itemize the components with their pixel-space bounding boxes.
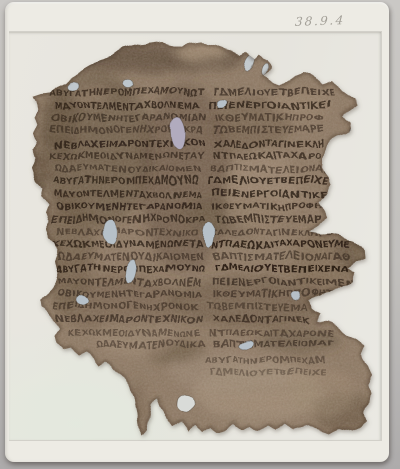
svg-text:ΙΚΘΕΥΜΑΤΙΚΗΠΡΟΦ: ΙΚΘΕΥΜΑΤΙΚΗΠΡΟΦ [215,112,323,124]
svg-text:ΧΑΛΕΔΟΝΤΑΓΙΝΕΚΛΗ: ΧΑΛΕΔΟΝΤΑΓΙΝΕΚΛΗ [214,139,324,150]
svg-text:ΚΕΧΩΚΜΕΟΙΔΥΝΑΜΕΝΩΝΕΤΑΥ: ΚΕΧΩΚΜΕΟΙΔΥΝΑΜΕΝΩΝΕΤΑΥ [49,152,204,162]
svg-text:ΒΑΠΤΙΣΜΑΤΕΛΕΙΟΝΑΓ: ΒΑΠΤΙΣΜΑΤΕΛΕΙΟΝΑΓ [214,340,333,350]
photograph: 38.9.4 [0,0,400,469]
svg-text:ΝΤΠΑΕΩΚΑΙΤΑΧΑΡΟ: ΝΤΠΑΕΩΚΑΙΤΑΧΑΡΟ [213,152,322,162]
svg-text:ΤΩΒΕΜΠΙΣΤΕΥΕΜΑΡ: ΤΩΒΕΜΠΙΣΤΕΥΕΜΑΡ [215,214,322,225]
svg-text:ΤΩΒΕΜΠΙΣΤΕΥΕΜΑ: ΤΩΒΕΜΠΙΣΤΕΥΕΜΑ [207,301,309,313]
svg-text:ΓΔΜΕΛΙΟΥΕΤΒΕΠΕΙΧΕ: ΓΔΜΕΛΙΟΥΕΤΒΕΠΕΙΧΕ [213,88,335,98]
svg-text:ΜΑΥΟΝΤΕΛΜΕΝΤΑΧΒΟΛΝΕΜΑ: ΜΑΥΟΝΤΕΛΜΕΝΤΑΧΒΟΛΝΕΜΑ [53,101,199,112]
svg-text:ΝΤΠΑΕΩΚΑΙΤΑΧΑΡΟΝΕΥΜΕ: ΝΤΠΑΕΩΚΑΙΤΑΧΑΡΟΝΕΥΜΕ [212,239,351,251]
svg-text:ΓΔΜΕΛΙΟΥΕΤΒΕΠΕΙΧΕΝΑ: ΓΔΜΕΛΙΟΥΕΤΒΕΠΕΙΧΕΝΑ [213,263,349,274]
svg-text:ΝΕΒΛΑΧΕΙΜΑΡΟΝΤΕΧΝΙΚΟ: ΝΕΒΛΑΧΕΙΜΑΡΟΝΤΕΧΝΙΚΟ [56,227,200,239]
svg-text:ΓΔΜΕΛΙΟΥΕΤΒΕΠΕΙΧΕ: ΓΔΜΕΛΙΟΥΕΤΒΕΠΕΙΧΕ [209,367,327,377]
svg-text:ΩΔΑΕΥΜΑΤΕΝΟΥΔΙΚΑΙΟΜΕΝ: ΩΔΑΕΥΜΑΤΕΝΟΥΔΙΚΑΙΟΜΕΝ [53,164,201,176]
svg-text:ΑΒΥΓΑΤΗΝΕΡΟΜΠΕΧΑΜ: ΑΒΥΓΑΤΗΝΕΡΟΜΠΕΧΑΜ [204,355,324,365]
svg-text:ΑΒΥΓΑΤΗΝΕΡΟΜΠΕΧΑΜΟΥΝΩ: ΑΒΥΓΑΤΗΝΕΡΟΜΠΕΧΑΜΟΥΝΩ [53,175,199,186]
svg-text:ΓΔΜΕΛΙΟΥΕΤΒΕΠΕΙΧΕ: ΓΔΜΕΛΙΟΥΕΤΒΕΠΕΙΧΕ [207,176,329,187]
svg-text:ΙΚΘΕΥΜΑΤΙΚΗΠΡΟΦΗ: ΙΚΘΕΥΜΑΤΙΚΗΠΡΟΦΗ [211,203,322,213]
svg-text:ΕΠΕΙΔΗΜΟΝΟΓΕΝΗΧΡΟΝΟΚΡΑ: ΕΠΕΙΔΗΜΟΝΟΓΕΝΗΧΡΟΝΟΚΡΑ [52,214,206,225]
svg-text:ΠΕΙΕΝΕΡΓΟΙΑΝΤΙΚΕΙΜΕΝ: ΠΕΙΕΝΕΡΓΟΙΑΝΤΙΚΕΙΜΕΝ [211,278,353,289]
svg-text:ΠΕΙΕΝΕΡΓΟΙΑΝΤΙΚΕ: ΠΕΙΕΝΕΡΓΟΙΑΝΤΙΚΕ [211,189,328,201]
fragment-body: ΑΒΥΓΑΤΗΝΕΡΟΜΠΕΧΑΜΟΥΝΩΤΓΔΜΕΛΙΟΥΕΤΒΕΠΕΙΧΕΜ… [25,30,380,445]
svg-text:ΝΤΠΑΕΩΚΑΙΤΑΧΑΡΟΝΕ: ΝΤΠΑΕΩΚΑΙΤΑΧΑΡΟΝΕ [210,329,332,339]
svg-text:ΒΑΠΤΙΣΜΑΤΕΛΕΙΟΝΑΓΑΘ: ΒΑΠΤΙΣΜΑΤΕΛΕΙΟΝΑΓΑΘ [214,252,351,263]
svg-text:ΜΑΥΟΝΤΕΛΜΕΝΤΑΧΒΟΛΝΕΜΑ: ΜΑΥΟΝΤΕΛΜΕΝΤΑΧΒΟΛΝΕΜΑ [54,188,203,201]
svg-text:ΩΔΑΕΥΜΑΤΕΝΟΥΔΙΚΑ: ΩΔΑΕΥΜΑΤΕΝΟΥΔΙΚΑ [94,340,204,350]
svg-text:ΟΒΙΚΟΥΜΕΝΗΤΕΓΑΡΑΝΟΜΙΑ: ΟΒΙΚΟΥΜΕΝΗΤΕΓΑΡΑΝΟΜΙΑ [55,203,203,213]
papyrus-fragment: ΑΒΥΓΑΤΗΝΕΡΟΜΠΕΧΑΜΟΥΝΩΤΓΔΜΕΛΙΟΥΕΤΒΕΠΕΙΧΕΜ… [0,0,400,469]
svg-text:ΧΑΛΕΔΟΝΤΑΓΙΝΕΚΛΗΡΟΝΟ: ΧΑΛΕΔΟΝΤΑΓΙΝΕΚΛΗΡΟΝΟ [209,227,349,238]
svg-text:ΒΑΠΤΙΣΜΑΤΕΛΕΙΟΝΑΓ: ΒΑΠΤΙΣΜΑΤΕΛΕΙΟΝΑΓ [210,164,330,175]
svg-text:ΝΕΒΛΑΧΕΙΜΑΡΟΝΤΕΧΝΙΚΟΝ: ΝΕΒΛΑΧΕΙΜΑΡΟΝΤΕΧΝΙΚΟΝ [55,314,203,325]
svg-text:ΕΠΕΙΔΗΜΟΝΟΓΕΝΗΧΡΟΝΟΚ: ΕΠΕΙΔΗΜΟΝΟΓΕΝΗΧΡΟΝΟΚ [53,301,199,314]
svg-text:ΧΑΛΕΔΟΝΤΑΓΙΝΕΚ: ΧΑΛΕΔΟΝΤΑΓΙΝΕΚ [213,315,311,326]
svg-text:ΤΩΒΕΜΠΙΣΤΕΥΕΜΑΡΕ: ΤΩΒΕΜΠΙΣΤΕΥΕΜΑΡΕ [213,125,324,136]
svg-text:ΚΕΧΩΚΜΕΟΙΔΥΝΑΜΕΝΩΝΕΤΑ: ΚΕΧΩΚΜΕΟΙΔΥΝΑΜΕΝΩΝΕΤΑ [53,239,203,251]
svg-text:ΑΒΥΓΑΤΗΝΕΡΟΜΠΕΧΑΜΟΥΝΩΤ: ΑΒΥΓΑΤΗΝΕΡΟΜΠΕΧΑΜΟΥΝΩΤ [49,88,204,98]
svg-text:ΚΕΧΩΚΜΕΟΙΔΥΝΑΜΕΝΩΝΕ: ΚΕΧΩΚΜΕΟΙΔΥΝΑΜΕΝΩΝΕ [68,329,201,339]
